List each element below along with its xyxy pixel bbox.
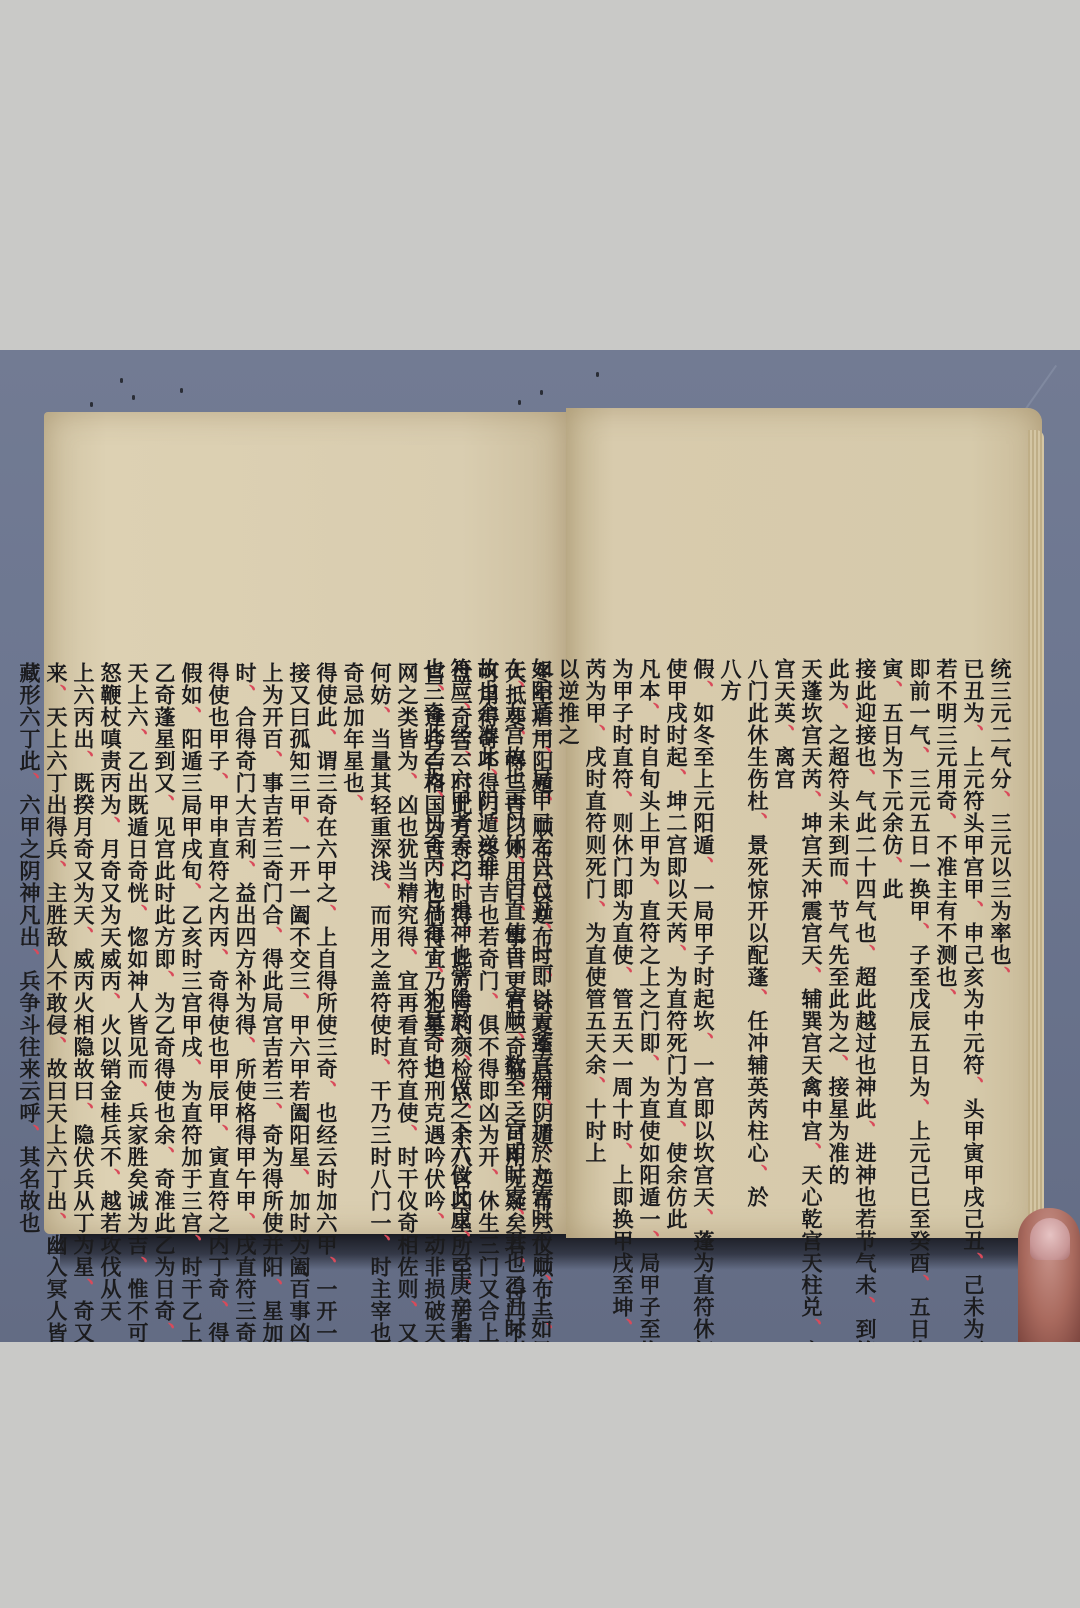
red-punctuation-mark: 、 — [637, 702, 662, 724]
red-punctuation-mark: 、 — [907, 1274, 932, 1296]
bottom-letterbox — [0, 1342, 1080, 1608]
red-punctuation-mark: 、 — [314, 1080, 339, 1102]
red-punctuation-mark: 、 — [233, 860, 258, 882]
red-punctuation-mark: 、 — [341, 794, 366, 816]
surface-speck — [596, 372, 599, 377]
red-punctuation-mark: 、 — [907, 746, 932, 768]
red-punctuation-mark: 、 — [421, 790, 446, 812]
red-punctuation-mark: 、 — [907, 922, 932, 944]
red-punctuation-mark: 、 — [314, 1256, 339, 1278]
text-column: 来、天上六丁出得兵、主胜敌人不敢侵、故曰天上六丁出、幽入冥人皆不见、可以 — [43, 662, 70, 1164]
red-punctuation-mark: 、 — [422, 1212, 447, 1234]
red-punctuation-mark: 、 — [44, 1036, 69, 1058]
red-punctuation-mark: 、 — [71, 1102, 96, 1124]
red-punctuation-mark: 、 — [961, 1076, 986, 1098]
red-punctuation-mark: 、 — [502, 680, 527, 702]
red-punctuation-mark: 、 — [610, 966, 635, 988]
red-punctuation-mark: 、 — [637, 1054, 662, 1076]
red-punctuation-mark: 、 — [71, 750, 96, 772]
text-column: 若不明三元用奇、不准主有不测也、 — [933, 658, 960, 1168]
red-punctuation-mark: 、 — [395, 772, 420, 794]
text-column: 以逆推之 — [555, 658, 582, 1168]
red-punctuation-mark: 、 — [745, 1164, 770, 1186]
red-punctuation-mark: 、 — [206, 772, 231, 794]
text-column: 即前一气、三元五日一换甲、子至戊辰五日为、上元己巳至癸酉、五日为中元甲戌、至戊 — [906, 658, 933, 1168]
text-column: 接此迎接也、气此二十四气也、超此越过也神此、进神也若节气未、到符头先到 — [852, 658, 879, 1168]
red-punctuation-mark: 、 — [448, 1054, 473, 1076]
red-punctuation-mark: 、 — [610, 1318, 635, 1340]
surface-speck — [132, 395, 135, 400]
red-punctuation-mark: 、 — [853, 768, 878, 790]
red-punctuation-mark: 、 — [17, 772, 42, 794]
text-column: 网之类皆为、凶也犹当精究得、宜再看直符直使、时干仪奇相佐则、又 — [394, 662, 421, 1164]
red-punctuation-mark: 、 — [368, 706, 393, 728]
red-punctuation-mark: 、 — [664, 768, 689, 790]
red-punctuation-mark: 、 — [287, 1168, 312, 1190]
text-column: 上为开百、事吉若三奇门合、得此局宫吉若三、奇为得所使并阳、星加 — [259, 662, 286, 1164]
text-column: 得使也甲子、甲申直符之内丙、奇得使也甲辰甲、寅直符之内丁奇、得使也 — [205, 662, 232, 1164]
text-column: 天上六、乙出既遁日奇恍、惚如神人皆见而、兵家胜矣诚为吉、惟不可谯 — [124, 662, 151, 1164]
red-punctuation-mark: 、 — [826, 878, 851, 900]
red-punctuation-mark: 、 — [961, 724, 986, 746]
red-punctuation-mark: 、 — [826, 702, 851, 724]
text-column: 上六丙出、既揆月奇又为天、威丙火相隐故曰、隐伏兵从丁为星、奇又为太阴 — [70, 662, 97, 1164]
red-punctuation-mark: 、 — [287, 992, 312, 1014]
red-punctuation-mark: 、 — [476, 1168, 501, 1190]
red-punctuation-mark: 、 — [287, 816, 312, 838]
red-punctuation-mark: 、 — [745, 812, 770, 834]
red-punctuation-mark: 、 — [233, 684, 258, 706]
red-punctuation-mark: 、 — [637, 1230, 662, 1252]
text-column: 为甲子时直符、则休门即为直使、管五天一周十时、上即换甲戌至坤、二宫天 — [609, 658, 636, 1168]
red-punctuation-mark: 、 — [799, 790, 824, 812]
red-punctuation-mark: 、 — [314, 904, 339, 926]
text-column: 芮为甲、戌时直符则死门、为直使管五天余、十时上 — [582, 658, 609, 1168]
red-punctuation-mark: 、 — [152, 794, 177, 816]
red-punctuation-mark: 、 — [314, 728, 339, 750]
red-punctuation-mark: 、 — [152, 1322, 177, 1342]
text-column: 得使此、谓三奇在六甲之、上自得所使三奇、也经云时加六甲、一开一阖上下交、 — [313, 662, 340, 1164]
thumbnail — [1030, 1218, 1070, 1260]
red-punctuation-mark: 、 — [853, 1296, 878, 1318]
red-punctuation-mark: 、 — [988, 966, 1013, 988]
red-punctuation-mark: 、 — [260, 1278, 285, 1300]
red-punctuation-mark: 、 — [98, 816, 123, 838]
text-column: 怒鞭杖嗔责丙为、月奇又为天威丙、火以销金桂兵不、越若攻伐从天 — [97, 662, 124, 1164]
surface-speck — [90, 402, 93, 407]
text-column: 接又曰孤知三甲、一开一阖不交三、甲六甲若阖阳星、加时为阖百事凶、阳星加时 — [286, 662, 313, 1164]
text-column: 统三元二气分、三元以三为率也、 — [987, 658, 1014, 1168]
red-punctuation-mark: 、 — [826, 1054, 851, 1076]
red-punctuation-mark: 、 — [17, 948, 42, 970]
red-punctuation-mark: 、 — [691, 1208, 716, 1230]
red-punctuation-mark: 、 — [152, 970, 177, 992]
red-punctuation-mark: 、 — [988, 790, 1013, 812]
red-punctuation-mark: 、 — [664, 944, 689, 966]
red-punctuation-mark: 、 — [475, 768, 500, 790]
red-punctuation-mark: 、 — [799, 1318, 824, 1340]
red-punctuation-mark: 、 — [98, 992, 123, 1014]
red-punctuation-mark: 、 — [125, 1256, 150, 1278]
text-column: 假如、阳遁三局甲戌旬、乙亥时三宫甲戌、为直符加于三宫、时干乙上则天辅、 — [178, 662, 205, 1164]
red-punctuation-mark: 、 — [368, 1234, 393, 1256]
red-punctuation-mark: 、 — [448, 702, 473, 724]
red-punctuation-mark: 、 — [448, 878, 473, 900]
text-column: 在、九宫故也再以休、门直使自一宫顺、数至二宫即时支、丑也乙丑时则坤、 — [501, 658, 528, 1168]
red-punctuation-mark: 、 — [421, 966, 446, 988]
text-column: 假、如冬至上元阳遁、一局甲子时起坎、一宫即以坎宫天、蓬为直符休门为、直 — [690, 658, 717, 1168]
red-punctuation-mark: 、 — [125, 1080, 150, 1102]
red-punctuation-mark: 、 — [502, 1208, 527, 1230]
red-punctuation-mark: 、 — [691, 856, 716, 878]
red-punctuation-mark: 、 — [44, 1212, 69, 1234]
red-punctuation-mark: 、 — [934, 988, 959, 1010]
red-punctuation-mark: 、 — [529, 746, 554, 768]
red-punctuation-mark: 、 — [583, 900, 608, 922]
text-column: 藏形六丁此、六甲之阴神凡出、兵争斗往来云呼、其名故也 — [16, 662, 43, 1164]
red-punctuation-mark: 、 — [934, 812, 959, 834]
text-column: 此为、之超符头未到而、节气先至此为之、接星为准的 — [825, 658, 852, 1168]
red-punctuation-mark: 、 — [233, 1212, 258, 1234]
red-punctuation-mark: 、 — [206, 948, 231, 970]
text-column: 寅、五日为下元余仿、此 — [879, 658, 906, 1168]
text-column: 天蓬坎宫天芮、坤宫天冲震宫天、辅巽宫天禽中宫、天心乾宫天柱兑、宫天任艮 — [798, 658, 825, 1168]
red-punctuation-mark: 、 — [71, 1278, 96, 1300]
red-punctuation-mark: 、 — [233, 1036, 258, 1058]
red-punctuation-mark: 、 — [206, 1300, 231, 1322]
text-column: 使甲戌时起、坤二宫即以天芮、为直符死门为直、使余仿此 — [663, 658, 690, 1168]
red-punctuation-mark: 、 — [125, 728, 150, 750]
manuscript-photo: 冬至后用阳遁、顺布六仪逆布三、奇夏至后用阴遁、逆布六仪顺布三、奇大抵要、得三吉门… — [0, 350, 1080, 1342]
red-punctuation-mark: 、 — [71, 926, 96, 948]
top-letterbox — [0, 0, 1080, 350]
text-column: 已丑为、上元符头甲宫甲、申己亥为中元符、头甲寅甲戌己丑、己未为下元符头、 — [960, 658, 987, 1168]
red-punctuation-mark: 、 — [206, 1124, 231, 1146]
red-punctuation-mark: 、 — [610, 790, 635, 812]
red-punctuation-mark: 、 — [502, 1032, 527, 1054]
text-column: 符应、经云六甲者天之、贵神也常隐於六、仪之下六仪此戊、己庚辛壬癸 — [447, 658, 474, 1168]
text-column: 宫天英、离宫 — [771, 658, 798, 1168]
text-column: 八门此休生伤杜、景死惊开以配蓬、任冲辅英芮柱心、於 — [744, 658, 771, 1168]
red-punctuation-mark: 、 — [448, 1230, 473, 1252]
text-column: 时、合得奇门大吉利、益出四方补为得、所使格得甲午甲、戌直符三奇乙奇、 — [232, 662, 259, 1164]
red-punctuation-mark: 、 — [179, 1234, 204, 1256]
text-column: 也三奇此乙为、日奇丙为月奇丁、为星奇也 — [420, 658, 447, 1168]
red-punctuation-mark: 、 — [395, 1124, 420, 1146]
surface-speck — [180, 388, 183, 393]
text-column: 如阳遁一、局甲己之日己丑、时即以天蓬直符、加於九宫时干己、上如局内己奇 — [528, 658, 555, 1168]
red-punctuation-mark: 、 — [44, 684, 69, 706]
red-punctuation-mark: 、 — [44, 860, 69, 882]
text-column: 凡本、时自旬头上甲为、直符之上之门即、为直使如阳遁一、局甲子至坎一宫、天蓬 — [636, 658, 663, 1168]
surface-speck — [540, 390, 543, 395]
red-punctuation-mark: 、 — [880, 680, 905, 702]
red-punctuation-mark: 、 — [961, 900, 986, 922]
red-punctuation-mark: 、 — [260, 1102, 285, 1124]
page-block-edge — [1028, 430, 1044, 1220]
text-column: 奇忌加年星也、 — [340, 662, 367, 1164]
red-punctuation-mark: 、 — [529, 1274, 554, 1296]
red-punctuation-mark: 、 — [529, 1098, 554, 1120]
red-punctuation-mark: 、 — [502, 856, 527, 878]
red-punctuation-mark: 、 — [799, 1142, 824, 1164]
red-punctuation-mark: 、 — [152, 1146, 177, 1168]
red-punctuation-mark: 、 — [583, 724, 608, 746]
red-punctuation-mark: 、 — [125, 904, 150, 926]
red-punctuation-mark: 、 — [610, 1142, 635, 1164]
red-punctuation-mark: 、 — [368, 1058, 393, 1080]
red-punctuation-mark: 、 — [529, 922, 554, 944]
red-punctuation-mark: 、 — [853, 944, 878, 966]
red-punctuation-mark: 、 — [961, 1252, 986, 1274]
text-column: 何妨、当量其轻重深浅、而用之盖符使时、干乃三时八门一、时主宰也如用 — [367, 662, 394, 1164]
red-punctuation-mark: 、 — [772, 724, 797, 746]
red-punctuation-mark: 、 — [395, 948, 420, 970]
red-punctuation-mark: 、 — [637, 878, 662, 900]
red-punctuation-mark: 、 — [880, 856, 905, 878]
red-punctuation-mark: 、 — [691, 680, 716, 702]
red-punctuation-mark: 、 — [17, 1124, 42, 1146]
red-punctuation-mark: 、 — [745, 988, 770, 1010]
red-punctuation-mark: 、 — [179, 882, 204, 904]
red-punctuation-mark: 、 — [799, 966, 824, 988]
red-punctuation-mark: 、 — [368, 882, 393, 904]
surface-speck — [120, 378, 123, 383]
red-punctuation-mark: 、 — [583, 1076, 608, 1098]
text-column: 八方 — [717, 658, 744, 1168]
red-punctuation-mark: 、 — [260, 926, 285, 948]
red-punctuation-mark: 、 — [395, 1300, 420, 1322]
red-punctuation-mark: 、 — [179, 1058, 204, 1080]
text-column: 故也余准此、阴遁逆推 — [474, 658, 501, 1168]
right-page: 统三元二气分、三元以三为率也、已丑为、上元符头甲宫甲、申己亥为中元符、头甲寅甲戌… — [566, 408, 1042, 1238]
red-punctuation-mark: 、 — [691, 1032, 716, 1054]
red-punctuation-mark: 、 — [907, 1098, 932, 1120]
surface-speck — [518, 400, 521, 405]
red-punctuation-mark: 、 — [664, 1120, 689, 1142]
red-punctuation-mark: 、 — [98, 1168, 123, 1190]
red-punctuation-mark: 、 — [853, 1120, 878, 1142]
red-punctuation-mark: 、 — [179, 706, 204, 728]
right-page-text: 统三元二气分、三元以三为率也、已丑为、上元符头甲宫甲、申己亥为中元符、头甲寅甲戌… — [580, 658, 1014, 1168]
text-column: 乙奇蓬星到又、见宫此时此方即、为乙奇得使也余、奇准此乙为日奇、宜从 — [151, 662, 178, 1164]
red-punctuation-mark: 、 — [260, 750, 285, 772]
